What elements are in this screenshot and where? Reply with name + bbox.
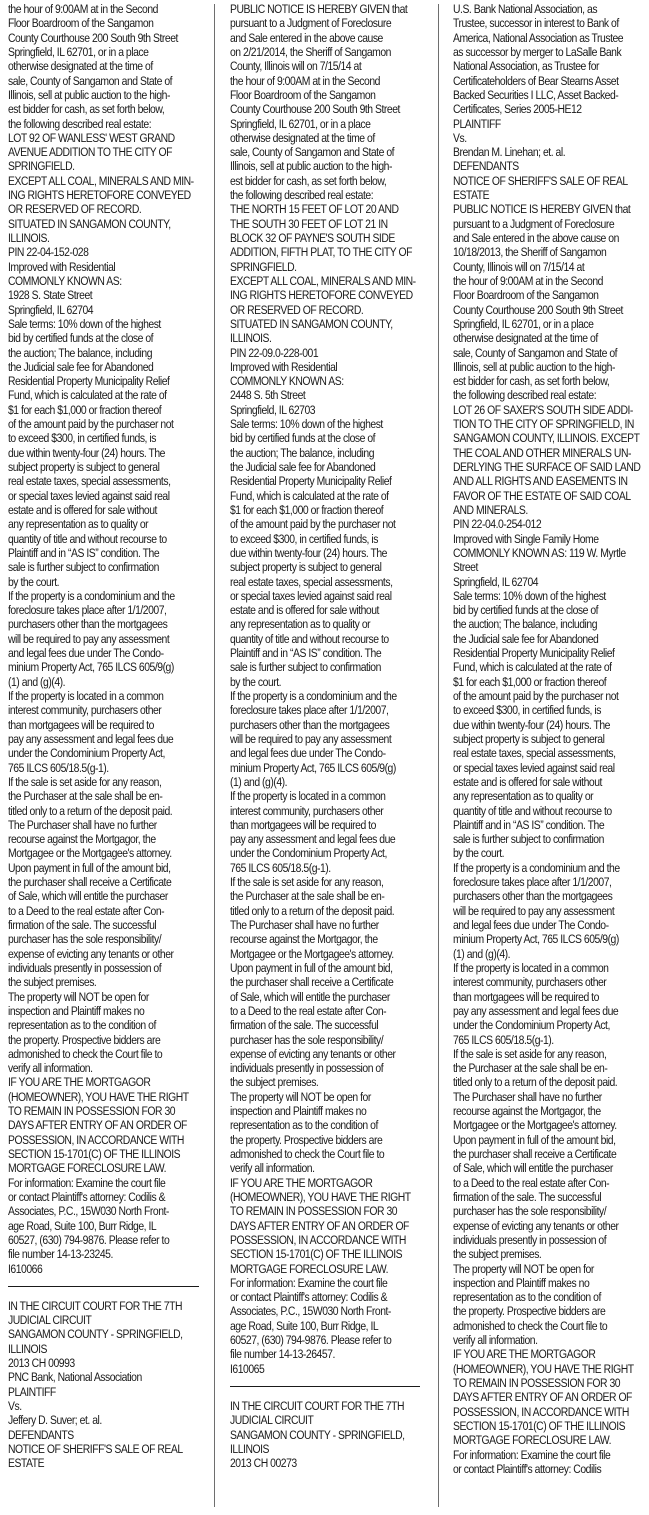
notice-line: real estate taxes, special assessments,: [8, 474, 208, 488]
notice-line: representation as to the condition of: [453, 1290, 647, 1304]
notice-line: will be required to pay any assessment: [8, 632, 208, 646]
notice-line: JUDICIAL CIRCUIT: [230, 1413, 432, 1427]
notice-line: AVENUE ADDITION TO THE CITY OF: [8, 145, 208, 159]
notice-line: verify all information.: [453, 1333, 647, 1347]
notice-line: sale, County of Sangamon and State of: [453, 346, 647, 360]
notice-line: TO REMAIN IN POSSESSION FOR 30: [230, 1204, 432, 1218]
notice-line: on 2/21/2014, the Sheriff of Sangamon: [230, 45, 432, 59]
notice-line: Springfield, IL 62701, or in a place: [453, 317, 647, 331]
notice-line: Fund, which is calculated at the rate of: [453, 660, 647, 674]
notice-line: bid by certified funds at the close of: [230, 431, 432, 445]
notice-line: Sale terms: 10% down of the highest: [8, 317, 208, 331]
notice-line: IF YOU ARE THE MORTGAGOR: [230, 1176, 432, 1190]
notice-line: If the sale is set aside for any reason,: [230, 875, 432, 889]
notice-line: SPRINGFIELD.: [8, 159, 208, 173]
notice-line: Residential Property Municipality Relief: [8, 374, 208, 388]
notice-line: THE COAL AND OTHER MINERALS UN-: [453, 446, 647, 460]
notice-line: the subject premises.: [8, 975, 208, 989]
legal-notice: IN THE CIRCUIT COURT FOR THE 7THJUDICIAL…: [230, 1399, 432, 1471]
notice-line: BLOCK 32 OF PAYNE'S SOUTH SIDE: [230, 231, 432, 245]
notice-line: the subject premises.: [453, 1247, 647, 1261]
notice-line: of Sale, which will entitle the purchase…: [453, 1161, 647, 1175]
notice-line: EXCEPT ALL COAL, MINERALS AND MIN-: [230, 274, 432, 288]
notice-line: and Sale entered in the above cause: [230, 31, 432, 45]
notice-line: pay any assessment and legal fees due: [453, 1004, 647, 1018]
notice-line: individuals presently in possession of: [8, 961, 208, 975]
notice-line: to a Deed to the real estate after Con-: [8, 904, 208, 918]
notice-line: otherwise designated at the time of: [230, 131, 432, 145]
notice-line: Mortgagee or the Mortgagee's attorney.: [453, 1118, 647, 1132]
notice-line: estate and is offered for sale without: [230, 603, 432, 617]
notice-line: SECTION 15-1701(C) OF THE ILLINOIS: [453, 1419, 647, 1433]
notice-line: individuals presently in possession of: [453, 1233, 647, 1247]
notice-line: Springfield, IL 62704: [453, 575, 647, 589]
notice-line: sale, County of Sangamon and State of: [230, 145, 432, 159]
notice-separator: [230, 1386, 420, 1387]
notice-line: interest community, purchasers other: [230, 804, 432, 818]
notice-line: real estate taxes, special assessments,: [230, 575, 432, 589]
notice-line: or special taxes levied against said rea…: [453, 761, 647, 775]
notice-line: EXCEPT ALL COAL, MINERALS AND MIN-: [8, 174, 208, 188]
notice-line: and Sale entered in the above cause on: [453, 231, 647, 245]
notice-line: or contact Plaintiff's attorney: Codilis…: [230, 1290, 432, 1304]
notice-line: If the sale is set aside for any reason,: [453, 1047, 647, 1061]
notice-line: expense of evicting any tenants or other: [453, 1219, 647, 1233]
notice-line: 1928 S. State Street: [8, 288, 208, 302]
notice-line: SANGAMON COUNTY - SPRINGFIELD,: [8, 1327, 208, 1341]
notice-line: THE SOUTH 30 FEET OF LOT 21 IN: [230, 217, 432, 231]
notice-line: Residential Property Municipality Relief: [453, 646, 647, 660]
notice-line: the purchaser shall receive a Certificat…: [453, 1147, 647, 1161]
notice-line: TION TO THE CITY OF SPRINGFIELD, IN: [453, 417, 647, 431]
notice-line: the Judicial sale fee for Abandoned: [453, 632, 647, 646]
notice-line: by the court.: [230, 675, 432, 689]
notice-line: est bidder for cash, as set forth below,: [453, 374, 647, 388]
notice-line: For information: Examine the court file: [453, 1448, 647, 1462]
notice-line: ESTATE: [453, 188, 647, 202]
notice-line: quantity of title and without recourse t…: [453, 804, 647, 818]
notice-line: ILLINOIS.: [8, 231, 208, 245]
notice-line: COMMONLY KNOWN AS: 119 W. Myrtle: [453, 546, 647, 560]
notice-line: Floor Boardroom of the Sangamon: [230, 88, 432, 102]
notice-line: firmation of the sale. The successful: [453, 1190, 647, 1204]
notice-line: If the property is a condominium and the: [8, 589, 208, 603]
notice-line: POSSESSION, IN ACCORDANCE WITH: [230, 1233, 432, 1247]
notice-line: Associates, P.C., 15W030 North Front-: [8, 1204, 208, 1218]
notice-line: Upon payment in full of the amount bid,: [230, 961, 432, 975]
notice-line: interest community, purchasers other: [453, 975, 647, 989]
notice-line: the property. Prospective bidders are: [453, 1304, 647, 1318]
notice-line: file number 14-13-26457.: [230, 1347, 432, 1361]
notice-line: under the Condominium Property Act,: [230, 846, 432, 860]
notice-line: LOT 92 OF WANLESS' WEST GRAND: [8, 131, 208, 145]
notice-line: OR RESERVED OF RECORD.: [230, 303, 432, 317]
notice-line: to exceed $300, in certified funds, is: [8, 431, 208, 445]
notice-line: foreclosure takes place after 1/1/2007,: [230, 703, 432, 717]
notice-line: the following described real estate:: [453, 388, 647, 402]
notice-line: Mortgagee or the Mortgagee's attorney.: [8, 846, 208, 860]
notice-line: verify all information.: [8, 1061, 208, 1075]
notice-line: inspection and Plaintiff makes no: [8, 1004, 208, 1018]
notice-line: I610066: [8, 1262, 208, 1276]
notice-line: than mortgagees will be required to: [453, 990, 647, 1004]
notice-line: of the amount paid by the purchaser not: [8, 417, 208, 431]
notice-line: Illinois, sell at public auction to the …: [230, 159, 432, 173]
notice-line: subject property is subject to general: [230, 560, 432, 574]
notice-line: inspection and Plaintiff makes no: [453, 1276, 647, 1290]
notice-line: purchasers other than the mortgagees: [453, 889, 647, 903]
notice-line: interest community, purchasers other: [8, 703, 208, 717]
notice-line: to a Deed to the real estate after Con-: [230, 1004, 432, 1018]
notice-line: 2013 CH 00993: [8, 1356, 208, 1370]
notice-line: 60527, (630) 794-9876. Please refer to: [230, 1333, 432, 1347]
notice-line: Sale terms: 10% down of the highest: [230, 417, 432, 431]
notice-line: If the property is located in a common: [8, 689, 208, 703]
notice-line: under the Condominium Property Act,: [8, 746, 208, 760]
notice-line: NOTICE OF SHERIFF'S SALE OF REAL: [453, 174, 647, 188]
notice-line: Backed Securities I LLC, Asset Backed-: [453, 88, 647, 102]
notice-line: SPRINGFIELD.: [230, 260, 432, 274]
notice-line: (HOMEOWNER), YOU HAVE THE RIGHT: [8, 1090, 208, 1104]
notice-line: $1 for each $1,000 or fraction thereof: [230, 503, 432, 517]
notice-line: Trustee, successor in interest to Bank o…: [453, 16, 647, 30]
notice-line: due within twenty-four (24) hours. The: [230, 546, 432, 560]
notice-line: If the property is a condominium and the: [230, 689, 432, 703]
notice-line: the hour of 9:00AM at in the Second: [8, 2, 208, 16]
notice-line: DAYS AFTER ENTRY OF AN ORDER OF: [8, 1118, 208, 1132]
notice-line: admonished to check the Court file to: [453, 1319, 647, 1333]
column-3: U.S. Bank National Association, asTruste…: [453, 2, 647, 1515]
notice-line: PLAINTIFF: [453, 117, 647, 131]
notice-line: America, National Association as Trustee: [453, 31, 647, 45]
notice-line: SECTION 15-1701(C) OF THE ILLINOIS: [8, 1147, 208, 1161]
notice-line: PIN 22-04-152-028: [8, 245, 208, 259]
legal-notice: PUBLIC NOTICE IS HEREBY GIVEN thatpursua…: [230, 2, 432, 1376]
notice-line: The property will NOT be open for: [230, 1090, 432, 1104]
notice-line: 60527, (630) 794-9876. Please refer to: [8, 1233, 208, 1247]
notice-line: the Purchaser at the sale shall be en-: [8, 789, 208, 803]
notice-line: the purchaser shall receive a Certificat…: [8, 875, 208, 889]
notice-line: bid by certified funds at the close of: [453, 603, 647, 617]
notice-line: purchaser has the sole responsibility/: [453, 1204, 647, 1218]
notice-line: the purchaser shall receive a Certificat…: [230, 975, 432, 989]
notice-line: Springfield, IL 62704: [8, 303, 208, 317]
notice-line: For information: Examine the court file: [8, 1176, 208, 1190]
notice-line: (HOMEOWNER), YOU HAVE THE RIGHT: [230, 1190, 432, 1204]
notice-line: SANGAMON COUNTY, ILLINOIS. EXCEPT: [453, 431, 647, 445]
notice-line: expense of evicting any tenants or other: [230, 1047, 432, 1061]
notice-line: the subject premises.: [230, 1075, 432, 1089]
notice-line: FAVOR OF THE ESTATE OF SAID COAL: [453, 489, 647, 503]
notice-line: County Courthouse 200 South 9th Street: [230, 102, 432, 116]
notice-line: For information: Examine the court file: [230, 1276, 432, 1290]
notice-line: est bidder for cash, as set forth below,: [230, 174, 432, 188]
notice-line: COMMONLY KNOWN AS:: [8, 274, 208, 288]
notice-line: If the property is located in a common: [230, 789, 432, 803]
notice-line: DAYS AFTER ENTRY OF AN ORDER OF: [230, 1219, 432, 1233]
notice-line: IF YOU ARE THE MORTGAGOR: [8, 1075, 208, 1089]
notice-line: If the property is a condominium and the: [453, 861, 647, 875]
notice-line: The property will NOT be open for: [453, 1262, 647, 1276]
notice-line: any representation as to quality or: [8, 517, 208, 531]
notice-line: real estate taxes, special assessments,: [453, 746, 647, 760]
notice-separator: [8, 1286, 199, 1287]
notice-line: The Purchaser shall have no further: [8, 818, 208, 832]
notice-line: age Road, Suite 100, Burr Ridge, IL: [230, 1319, 432, 1333]
notice-line: sale is further subject to confirmation: [8, 560, 208, 574]
notice-line: Improved with Residential: [230, 360, 432, 374]
notice-line: PIN 22-04.0-254-012: [453, 517, 647, 531]
notice-line: COMMONLY KNOWN AS:: [230, 374, 432, 388]
notice-line: 2013 CH 00273: [230, 1456, 432, 1470]
notice-line: Floor Boardroom of the Sangamon: [453, 288, 647, 302]
notice-line: 2448 S. 5th Street: [230, 388, 432, 402]
notice-line: and legal fees due under The Condo-: [230, 746, 432, 760]
notice-line: the hour of 9:00AM at in the Second: [453, 274, 647, 288]
notice-line: IN THE CIRCUIT COURT FOR THE 7TH: [8, 1299, 208, 1313]
notice-line: Brendan M. Linehan; et. al.: [453, 145, 647, 159]
notice-line: Fund, which is calculated at the rate of: [8, 388, 208, 402]
notice-line: Sale terms: 10% down of the highest: [453, 589, 647, 603]
notice-line: by the court.: [453, 846, 647, 860]
notice-line: minium Property Act, 765 ILCS 605/9(g): [453, 932, 647, 946]
notice-line: recourse against the Mortgagor, the: [453, 1104, 647, 1118]
notice-line: the auction; The balance, including: [8, 346, 208, 360]
notice-line: subject property is subject to general: [453, 732, 647, 746]
notice-line: Associates, P.C., 15W030 North Front-: [230, 1304, 432, 1318]
notice-line: age Road, Suite 100, Burr Ridge, IL: [8, 1219, 208, 1233]
notice-line: SANGAMON COUNTY - SPRINGFIELD,: [230, 1428, 432, 1442]
notice-line: sale is further subject to confirmation: [453, 832, 647, 846]
notice-line: (1) and (g)(4).: [230, 775, 432, 789]
notice-line: SECTION 15-1701(C) OF THE ILLINOIS: [230, 1247, 432, 1261]
notice-line: quantity of title and without recourse t…: [230, 632, 432, 646]
notice-line: as successor by merger to LaSalle Bank: [453, 45, 647, 59]
notice-line: The Purchaser shall have no further: [230, 918, 432, 932]
notice-line: pursuant to a Judgment of Foreclosure: [453, 217, 647, 231]
notice-line: Vs.: [8, 1399, 208, 1413]
notice-line: otherwise designated at the time of: [453, 331, 647, 345]
notice-line: 765 ILCS 605/18.5(g-1).: [230, 861, 432, 875]
column-divider: [438, 4, 439, 1507]
notice-line: of the amount paid by the purchaser not: [453, 689, 647, 703]
notice-line: Plaintiff and in “AS IS” condition. The: [453, 818, 647, 832]
notice-line: SITUATED IN SANGAMON COUNTY,: [230, 317, 432, 331]
notice-line: Illinois, sell at public auction to the …: [453, 360, 647, 374]
notice-line: due within twenty-four (24) hours. The: [8, 446, 208, 460]
notice-line: PNC Bank, National Association: [8, 1370, 208, 1384]
notice-line: ING RIGHTS HERETOFORE CONVEYED: [8, 188, 208, 202]
notice-line: purchasers other than the mortgagees: [8, 617, 208, 631]
legal-notice: the hour of 9:00AM at in the SecondFloor…: [8, 2, 208, 1276]
notice-line: IN THE CIRCUIT COURT FOR THE 7TH: [230, 1399, 432, 1413]
column-1: the hour of 9:00AM at in the SecondFloor…: [8, 2, 208, 1515]
notice-line: (1) and (g)(4).: [8, 675, 208, 689]
notice-line: PUBLIC NOTICE IS HEREBY GIVEN that: [230, 2, 432, 16]
notice-line: MORTGAGE FORECLOSURE LAW.: [230, 1262, 432, 1276]
notice-line: $1 for each $1,000 or fraction thereof: [8, 403, 208, 417]
notice-line: 10/18/2013, the Sheriff of Sangamon: [453, 245, 647, 259]
notice-line: the Purchaser at the sale shall be en-: [230, 889, 432, 903]
notice-line: Upon payment in full of the amount bid,: [8, 861, 208, 875]
notice-line: pursuant to a Judgment of Foreclosure: [230, 16, 432, 30]
notice-line: bid by certified funds at the close of: [8, 331, 208, 345]
notice-line: LOT 26 OF SAXER'S SOUTH SIDE ADDI-: [453, 403, 647, 417]
notice-line: under the Condominium Property Act,: [453, 1018, 647, 1032]
notice-line: the auction; The balance, including: [453, 617, 647, 631]
notice-line: Springfield, IL 62701, or in a place: [230, 117, 432, 131]
notice-line: SITUATED IN SANGAMON COUNTY,: [8, 217, 208, 231]
notice-line: any representation as to quality or: [453, 789, 647, 803]
notice-line: or contact Plaintiff's attorney: Codilis…: [8, 1190, 208, 1204]
notice-line: or contact Plaintiff's attorney: Codilis: [453, 1462, 647, 1476]
notice-line: County Courthouse 200 South 9th Street: [453, 303, 647, 317]
notice-line: 765 ILCS 605/18.5(g-1).: [8, 761, 208, 775]
notice-line: the following described real estate:: [230, 188, 432, 202]
notice-line: estate and is offered for sale without: [8, 503, 208, 517]
notice-line: admonished to check the Court file to: [8, 1047, 208, 1061]
notice-line: MORTGAGE FORECLOSURE LAW.: [8, 1161, 208, 1175]
notice-line: verify all information.: [230, 1161, 432, 1175]
notice-line: the following described real estate:: [8, 117, 208, 131]
notice-line: any representation as to quality or: [230, 617, 432, 631]
notice-line: Springfield, IL 62701, or in a place: [8, 45, 208, 59]
notice-line: IF YOU ARE THE MORTGAGOR: [453, 1347, 647, 1361]
notice-line: Floor Boardroom of the Sangamon: [8, 16, 208, 30]
notice-line: or special taxes levied against said rea…: [8, 489, 208, 503]
notice-line: Improved with Single Family Home: [453, 532, 647, 546]
notice-line: to a Deed to the real estate after Con-: [453, 1176, 647, 1190]
notice-line: by the court.: [8, 575, 208, 589]
notice-line: firmation of the sale. The successful: [8, 918, 208, 932]
notice-line: ADDITION, FIFTH PLAT, TO THE CITY OF: [230, 245, 432, 259]
notice-line: than mortgagees will be required to: [230, 818, 432, 832]
notice-line: DEFENDANTS: [453, 159, 647, 173]
notice-line: pay any assessment and legal fees due: [8, 732, 208, 746]
notice-line: the Purchaser at the sale shall be en-: [453, 1061, 647, 1075]
notice-line: ILLINOIS: [230, 1442, 432, 1456]
column-2: PUBLIC NOTICE IS HEREBY GIVEN thatpursua…: [230, 2, 432, 1515]
notice-line: The property will NOT be open for: [8, 990, 208, 1004]
notice-line: TO REMAIN IN POSSESSION FOR 30: [453, 1376, 647, 1390]
notice-line: (1) and (g)(4).: [453, 947, 647, 961]
notice-line: due within twenty-four (24) hours. The: [453, 718, 647, 732]
notice-line: representation as to the condition of: [8, 1018, 208, 1032]
legal-notices-page: the hour of 9:00AM at in the SecondFloor…: [0, 0, 649, 1515]
notice-line: I610065: [230, 1362, 432, 1376]
notice-line: NOTICE OF SHERIFF'S SALE OF REAL: [8, 1442, 208, 1456]
notice-line: AND ALL RIGHTS AND EASEMENTS IN: [453, 474, 647, 488]
legal-notice: IN THE CIRCUIT COURT FOR THE 7THJUDICIAL…: [8, 1299, 208, 1471]
notice-line: Jeffery D. Suver; et. al.: [8, 1413, 208, 1427]
notice-line: County Courthouse 200 South 9th Street: [8, 31, 208, 45]
notice-line: will be required to pay any assessment: [453, 904, 647, 918]
notice-line: to exceed $300, in certified funds, is: [230, 532, 432, 546]
notice-line: Plaintiff and in “AS IS” condition. The: [230, 646, 432, 660]
notice-line: Improved with Residential: [8, 260, 208, 274]
notice-line: of Sale, which will entitle the purchase…: [230, 990, 432, 1004]
notice-line: Street: [453, 560, 647, 574]
notice-line: ILLINOIS: [8, 1342, 208, 1356]
notice-line: THE NORTH 15 FEET OF LOT 20 AND: [230, 202, 432, 216]
notice-line: ESTATE: [8, 1456, 208, 1470]
notice-line: POSSESSION, IN ACCORDANCE WITH: [453, 1405, 647, 1419]
notice-line: sale is further subject to confirmation: [230, 660, 432, 674]
notice-line: TO REMAIN IN POSSESSION FOR 30: [8, 1104, 208, 1118]
notice-line: titled only to a return of the deposit p…: [453, 1075, 647, 1089]
notice-line: or special taxes levied against said rea…: [230, 589, 432, 603]
notice-line: subject property is subject to general: [8, 460, 208, 474]
notice-line: titled only to a return of the deposit p…: [8, 804, 208, 818]
notice-line: If the property is located in a common: [453, 961, 647, 975]
notice-line: sale, County of Sangamon and State of: [8, 74, 208, 88]
notice-line: Certificates, Series 2005-HE12: [453, 102, 647, 116]
notice-line: National Association, as Trustee for: [453, 59, 647, 73]
notice-line: to exceed $300, in certified funds, is: [453, 703, 647, 717]
notice-line: than mortgagees will be required to: [8, 718, 208, 732]
notice-line: purchasers other than the mortgagees: [230, 718, 432, 732]
notice-line: the Judicial sale fee for Abandoned: [230, 460, 432, 474]
notice-line: PLAINTIFF: [8, 1385, 208, 1399]
notice-line: County, Illinois will on 7/15/14 at: [453, 260, 647, 274]
notice-line: Plaintiff and in “AS IS” condition. The: [8, 546, 208, 560]
notice-line: Mortgagee or the Mortgagee's attorney.: [230, 947, 432, 961]
notice-line: minium Property Act, 765 ILCS 605/9(g): [230, 761, 432, 775]
notice-line: estate and is offered for sale without: [453, 775, 647, 789]
notice-line: of the amount paid by the purchaser not: [230, 517, 432, 531]
notice-line: recourse against the Mortgagor, the: [230, 932, 432, 946]
notice-line: expense of evicting any tenants or other: [8, 947, 208, 961]
notice-line: Springfield, IL 62703: [230, 403, 432, 417]
notice-line: est bidder for cash, as set forth below,: [8, 102, 208, 116]
notice-line: otherwise designated at the time of: [8, 59, 208, 73]
notice-line: the property. Prospective bidders are: [230, 1133, 432, 1147]
column-divider: [214, 4, 215, 1507]
notice-line: and legal fees due under The Condo-: [8, 646, 208, 660]
notice-line: admonished to check the Court file to: [230, 1147, 432, 1161]
notice-line: pay any assessment and legal fees due: [230, 832, 432, 846]
notice-line: representation as to the condition of: [230, 1118, 432, 1132]
notice-line: the auction; The balance, including: [230, 446, 432, 460]
notice-line: of Sale, which will entitle the purchase…: [8, 889, 208, 903]
notice-line: Residential Property Municipality Relief: [230, 474, 432, 488]
notice-line: recourse against the Mortgagor, the: [8, 832, 208, 846]
notice-line: U.S. Bank National Association, as: [453, 2, 647, 16]
notice-line: If the sale is set aside for any reason,: [8, 775, 208, 789]
notice-line: file number 14-13-23245.: [8, 1247, 208, 1261]
notice-line: purchaser has the sole responsibility/: [230, 1033, 432, 1047]
notice-line: County, Illinois will on 7/15/14 at: [230, 59, 432, 73]
notice-line: DEFENDANTS: [8, 1428, 208, 1442]
notice-line: Upon payment in full of the amount bid,: [453, 1133, 647, 1147]
notice-line: ILLINOIS.: [230, 331, 432, 345]
notice-line: MORTGAGE FORECLOSURE LAW.: [453, 1433, 647, 1447]
notice-line: DAYS AFTER ENTRY OF AN ORDER OF: [453, 1390, 647, 1404]
notice-line: firmation of the sale. The successful: [230, 1018, 432, 1032]
notice-line: Fund, which is calculated at the rate of: [230, 489, 432, 503]
notice-line: JUDICIAL CIRCUIT: [8, 1313, 208, 1327]
notice-line: purchaser has the sole responsibility/: [8, 932, 208, 946]
notice-line: inspection and Plaintiff makes no: [230, 1104, 432, 1118]
notice-line: OR RESERVED OF RECORD.: [8, 202, 208, 216]
notice-line: foreclosure takes place after 1/1/2007,: [8, 603, 208, 617]
notice-line: POSSESSION, IN ACCORDANCE WITH: [8, 1133, 208, 1147]
notice-line: quantity of title and without recourse t…: [8, 532, 208, 546]
notice-line: ING RIGHTS HERETOFORE CONVEYED: [230, 288, 432, 302]
notice-line: $1 for each $1,000 or fraction thereof: [453, 675, 647, 689]
notice-line: The Purchaser shall have no further: [453, 1090, 647, 1104]
notice-line: will be required to pay any assessment: [230, 732, 432, 746]
